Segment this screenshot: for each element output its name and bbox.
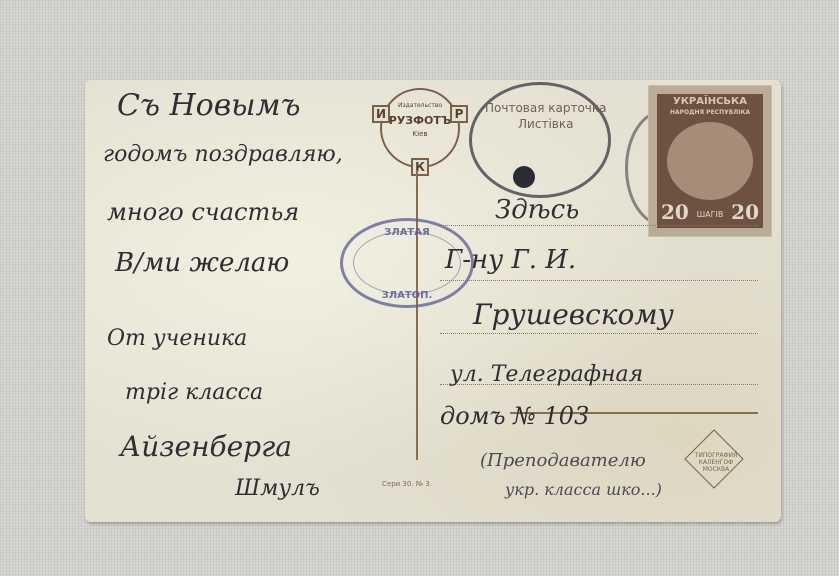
censor-top-text: ЗЛАТАЯ (343, 227, 471, 238)
address-line: Г-ну Г. И. (445, 245, 576, 275)
publisher-name: РУЗФОТЪ (382, 114, 458, 127)
address-line: Грушевскому (473, 298, 674, 331)
address-rule (440, 280, 758, 281)
message-line: годомъ поздравляю, (103, 142, 343, 167)
printer-mark-text: ТИПОГРАФИЯ КАЛЕНГОФ МОСКВА (685, 452, 747, 473)
publisher-letter-box: Р (450, 105, 468, 123)
card-divider-line (416, 170, 418, 460)
address-rule (440, 333, 758, 334)
publisher-letter-box: И (372, 105, 390, 123)
message-line: много счастья (107, 198, 299, 226)
address-line: ул. Телеграфная (450, 362, 643, 387)
address-line: (Преподавателю (480, 450, 646, 471)
message-line: Шмулъ (235, 476, 320, 501)
address-rule (440, 225, 758, 226)
message-line: Айзенберга (120, 430, 292, 463)
card-title: Почтовая карточка Листівка (485, 100, 607, 132)
message-line: Съ Новымъ (117, 88, 300, 123)
publisher-letter-box: К (411, 158, 429, 176)
censor-bottom-text: ЗЛАТОП. (343, 290, 471, 301)
message-line: От ученика (107, 326, 247, 351)
card-title-russian: Почтовая карточка (485, 100, 607, 116)
publisher-city: Kiев (382, 130, 458, 138)
message-line: трiг класса (125, 380, 263, 405)
ink-blot (513, 166, 535, 188)
address-line: укр. класса шко...) (505, 480, 662, 499)
postcard: Издательство РУЗФОТЪ Kiев И Р К Почтовая… (85, 80, 781, 522)
stamp-portrait-icon (667, 122, 753, 200)
stamp-value-right: 20 (731, 200, 759, 224)
card-title-ukrainian: Листівка (485, 116, 607, 132)
message-line: В/ми желаю (115, 248, 289, 278)
stamp-face: УКРАЇНСЬКА НАРОДНЯ РЕСПУБЛІКА 20 ШАГІВ 2… (657, 94, 763, 228)
publisher-line: Издательство (382, 102, 458, 109)
address-line: домъ № 103 (440, 402, 589, 430)
postage-stamp: УКРАЇНСЬКА НАРОДНЯ РЕСПУБЛІКА 20 ШАГІВ 2… (648, 85, 772, 237)
series-mark: Сери 30. № 3. (382, 480, 432, 488)
publisher-logo: Издательство РУЗФОТЪ Kiев (380, 88, 460, 168)
stamp-country: УКРАЇНСЬКА НАРОДНЯ РЕСПУБЛІКА (657, 96, 763, 118)
address-line: Здѣсь (495, 195, 579, 225)
